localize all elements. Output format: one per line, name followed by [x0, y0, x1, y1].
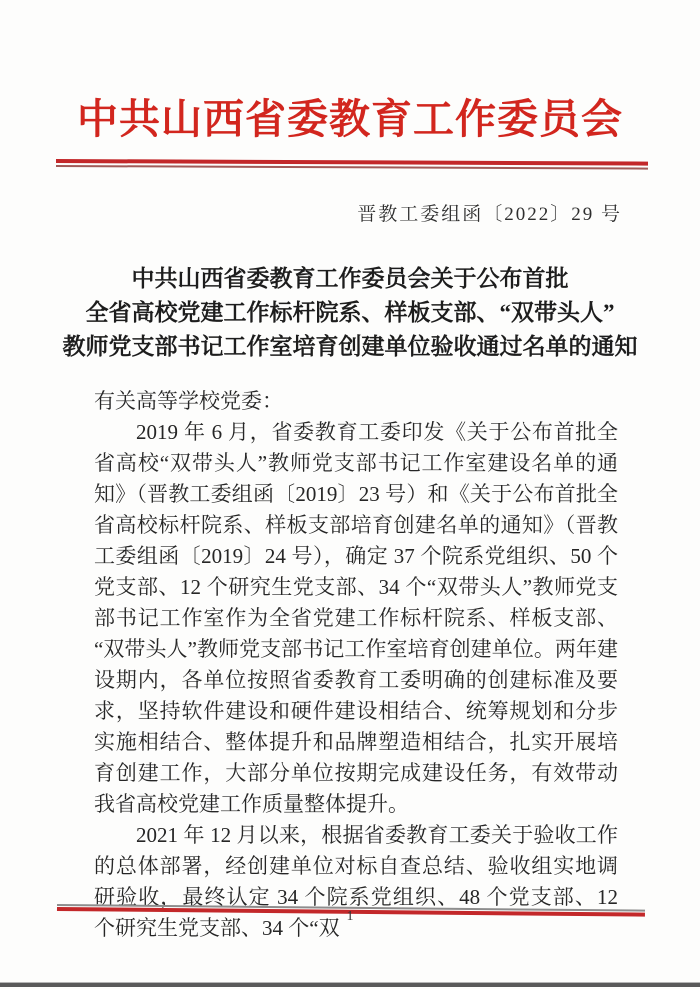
- page-number: 1: [0, 909, 700, 925]
- letterhead-org-name: 中共山西省委教育工作委员会: [0, 86, 700, 145]
- body-paragraph: 2019 年 6 月，省委教育工委印发《关于公布首批全省高校“双带头人”教师党支…: [94, 417, 618, 820]
- letterhead-rule-thin-line: [56, 165, 648, 170]
- document-reference-number: 晋教工委组函〔2022〕29 号: [357, 199, 622, 226]
- document-body: 有关高等学校党委： 2019 年 6 月，省委教育工委印发《关于公布首批全省高校…: [94, 386, 618, 944]
- scanned-document-page: 中共山西省委教育工作委员会 晋教工委组函〔2022〕29 号 中共山西省委教育工…: [0, 0, 700, 989]
- document-title-line-2: 全省高校党建工作标杆院系、样板支部、“双带头人”: [50, 296, 650, 330]
- body-paragraph: 2021 年 12 月以来，根据省委教育工委关于验收工作的总体部署，经创建单位对…: [94, 820, 618, 944]
- letterhead-divider-rule: [56, 159, 648, 170]
- document-title-line-3: 教师党支部书记工作室培育创建单位验收通过名单的通知: [50, 330, 650, 364]
- document-title-line-1: 中共山西省委教育工作委员会关于公布首批: [50, 262, 650, 296]
- scan-bottom-edge: [0, 982, 700, 987]
- salutation-line: 有关高等学校党委：: [94, 386, 618, 417]
- document-title: 中共山西省委教育工作委员会关于公布首批 全省高校党建工作标杆院系、样板支部、“双…: [50, 262, 650, 364]
